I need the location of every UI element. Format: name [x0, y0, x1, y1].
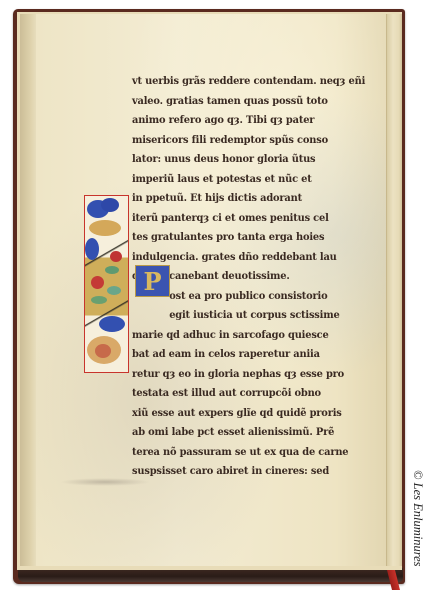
text-line: vt uerbis grãs reddere contendam. neqȝ e…: [132, 72, 351, 92]
page-fore-edge: [386, 14, 402, 566]
text-line: animo refero ago qȝ. Tibi qȝ pater: [132, 111, 351, 131]
text-line: egit iusticia ut corpus sctissime: [132, 306, 351, 326]
text-line: iterũ panterqȝ ci et omes penitus cel: [132, 209, 351, 229]
acanthus-blue-icon: [99, 316, 125, 332]
acanthus-gold-icon: [89, 220, 121, 236]
text-line: marie qd adhuc in sarcofago quiesce: [132, 326, 351, 346]
acanthus-blue-icon: [85, 238, 99, 260]
text-line: bat ad eam in celos raperetur aniia: [132, 345, 351, 365]
leaf-green-icon: [91, 296, 107, 304]
text-line: xiũ esse aut expers glĩe qd quidẽ proris: [132, 404, 351, 424]
acanthus-red-icon: [95, 344, 111, 358]
text-line: imperiũ laus et potestas et nũc et: [132, 170, 351, 190]
text-line: tes gratulantes pro tanta erga hoies: [132, 228, 351, 248]
leaf-green-icon: [107, 286, 121, 295]
rose-flower-icon: [91, 276, 104, 289]
text-line: misericors fili redemptor spũs conso: [132, 131, 351, 151]
binding-bottom-edge: [18, 568, 403, 582]
text-line: valeo. gratias tamen quas possũ toto: [132, 92, 351, 112]
text-line: testata est illud aut corrupcõi obno: [132, 384, 351, 404]
illuminated-initial: P: [135, 265, 170, 297]
leaf-green-icon: [105, 266, 119, 274]
illuminated-border-panel: [84, 195, 129, 373]
text-line: terea nõ passuram se ut ex qua de carne: [132, 443, 351, 463]
text-line: ab omi labe pct esset alienissimũ. Prẽ: [132, 423, 351, 443]
acanthus-blue-icon: [101, 198, 119, 212]
rose-flower-icon: [110, 251, 122, 262]
text-line: suspsisset caro abiret in cineres: sed: [132, 462, 351, 482]
text-line: retur qȝ eo in gloria nephas qȝ esse pro: [132, 365, 351, 385]
copyright-watermark: © Les Enluminures: [409, 470, 425, 596]
text-line: lator: unus deus honor gloria ũtus: [132, 150, 351, 170]
text-line: in ppetuũ. Et hijs dictis adorant: [132, 189, 351, 209]
